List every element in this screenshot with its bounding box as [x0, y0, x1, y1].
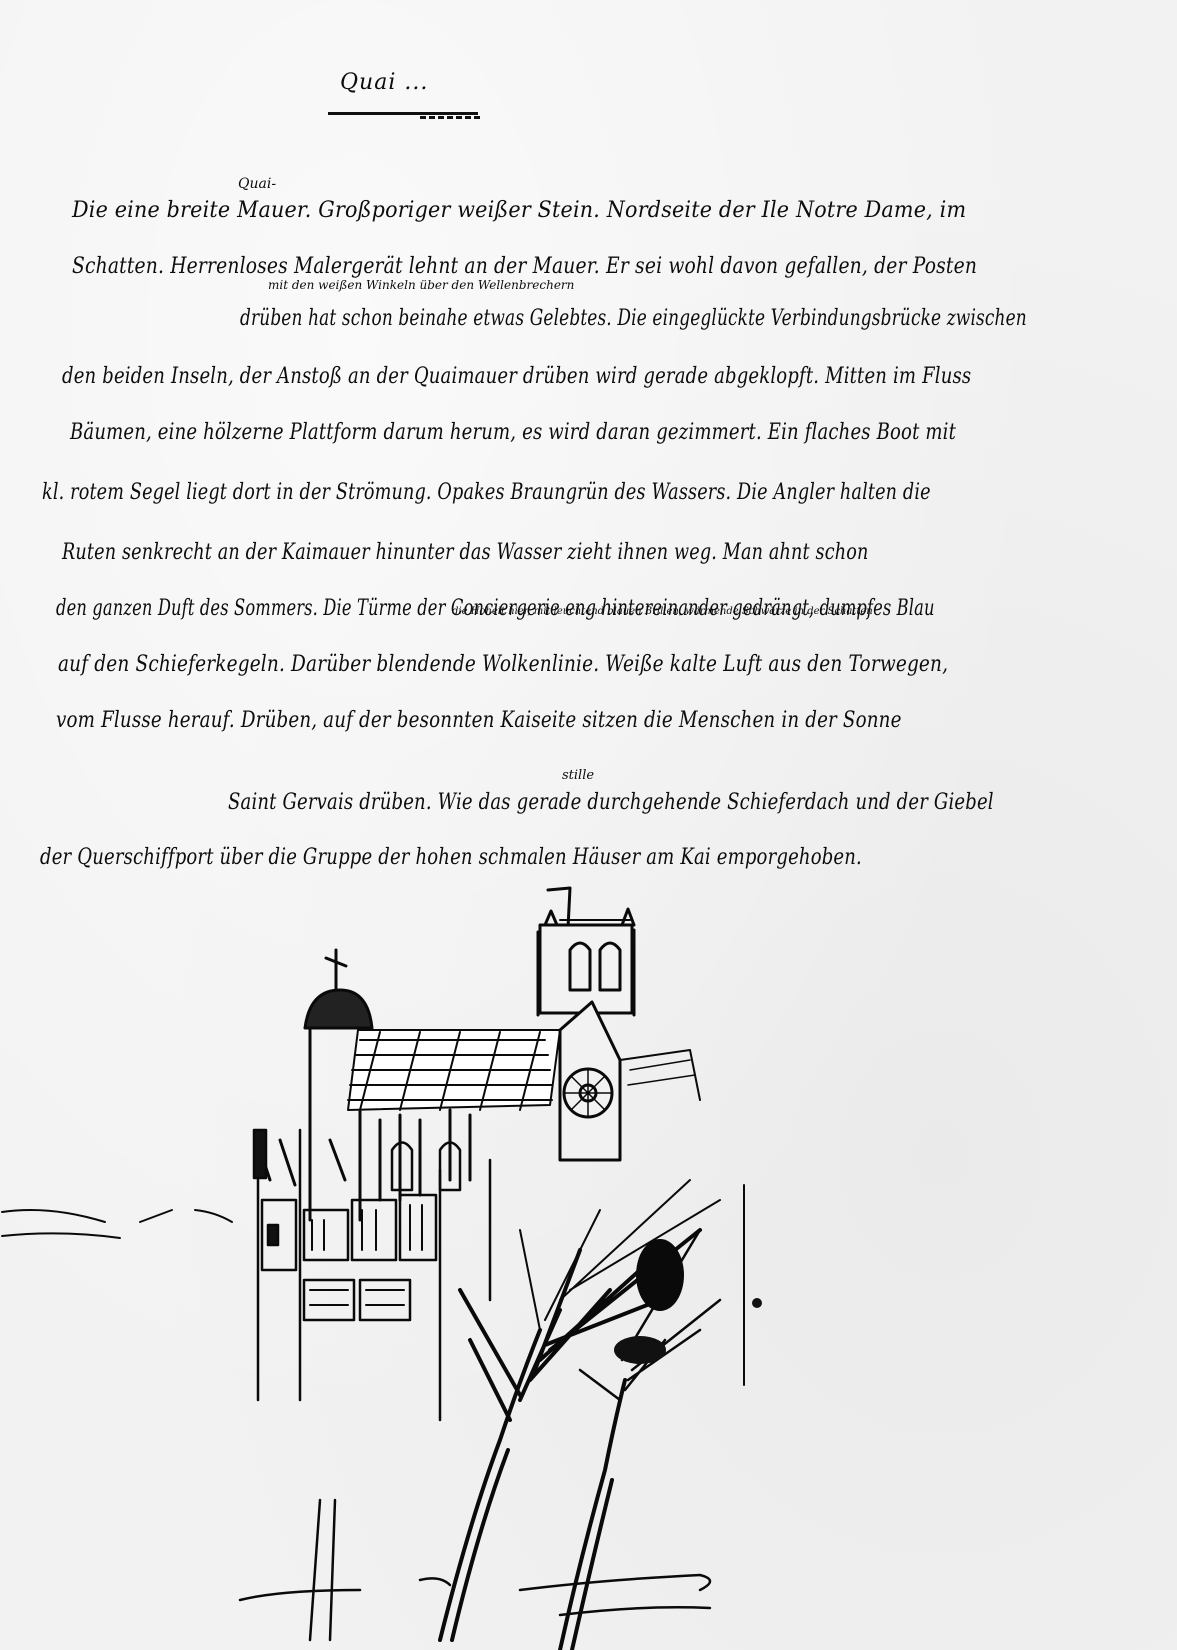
text-line-5: Bäumen, eine hölzerne Plattform darum he…: [70, 420, 956, 445]
text-line-6: kl. rotem Segel liegt dort in der Strömu…: [42, 480, 931, 505]
text-line-9: auf den Schieferkegeln. Darüber blendend…: [58, 652, 948, 677]
text-line-7: Ruten senkrecht an der Kaimauer hinunter…: [62, 540, 868, 565]
text-line-2: Schatten. Herrenloses Malergerät lehnt a…: [72, 254, 977, 279]
church-sketch: [0, 870, 1177, 1650]
title-underline-dashes: [420, 116, 480, 119]
ground-strokes: [240, 1500, 710, 1640]
tree-right: [560, 1230, 762, 1650]
manuscript-page: Quai ... Quai- mit den weißen Winkeln üb…: [0, 0, 1177, 1650]
text-line-4: den beiden Inseln, der Anstoß an der Qua…: [62, 364, 971, 389]
main-roof: [348, 1030, 560, 1110]
text-line-1: Die eine breite Mauer. Großporiger weiße…: [72, 198, 966, 223]
text-line-3: drüben hat schon beinahe etwas Gelebtes.…: [240, 306, 1027, 331]
bell-tower: [538, 888, 634, 1015]
text-line-12: der Querschiffport über die Gruppe der h…: [40, 845, 862, 870]
title-underline: [328, 112, 478, 115]
insert-quai: Quai-: [238, 176, 276, 192]
text-line-8: den ganzen Duft des Sommers. Die Türme d…: [56, 596, 935, 621]
text-line-10: vom Flusse herauf. Drüben, auf der beson…: [56, 708, 902, 733]
text-line-11: Saint Gervais drüben. Wie das gerade dur…: [228, 790, 994, 815]
gable-rose-window: [560, 1002, 700, 1160]
quay-houses: [254, 1110, 490, 1420]
horizon-strokes: [2, 1210, 232, 1238]
page-title: Quai ...: [340, 70, 428, 95]
insert-line-3: mit den weißen Winkeln über den Wellenbr…: [268, 278, 574, 292]
insert-stille: stille: [562, 768, 594, 783]
